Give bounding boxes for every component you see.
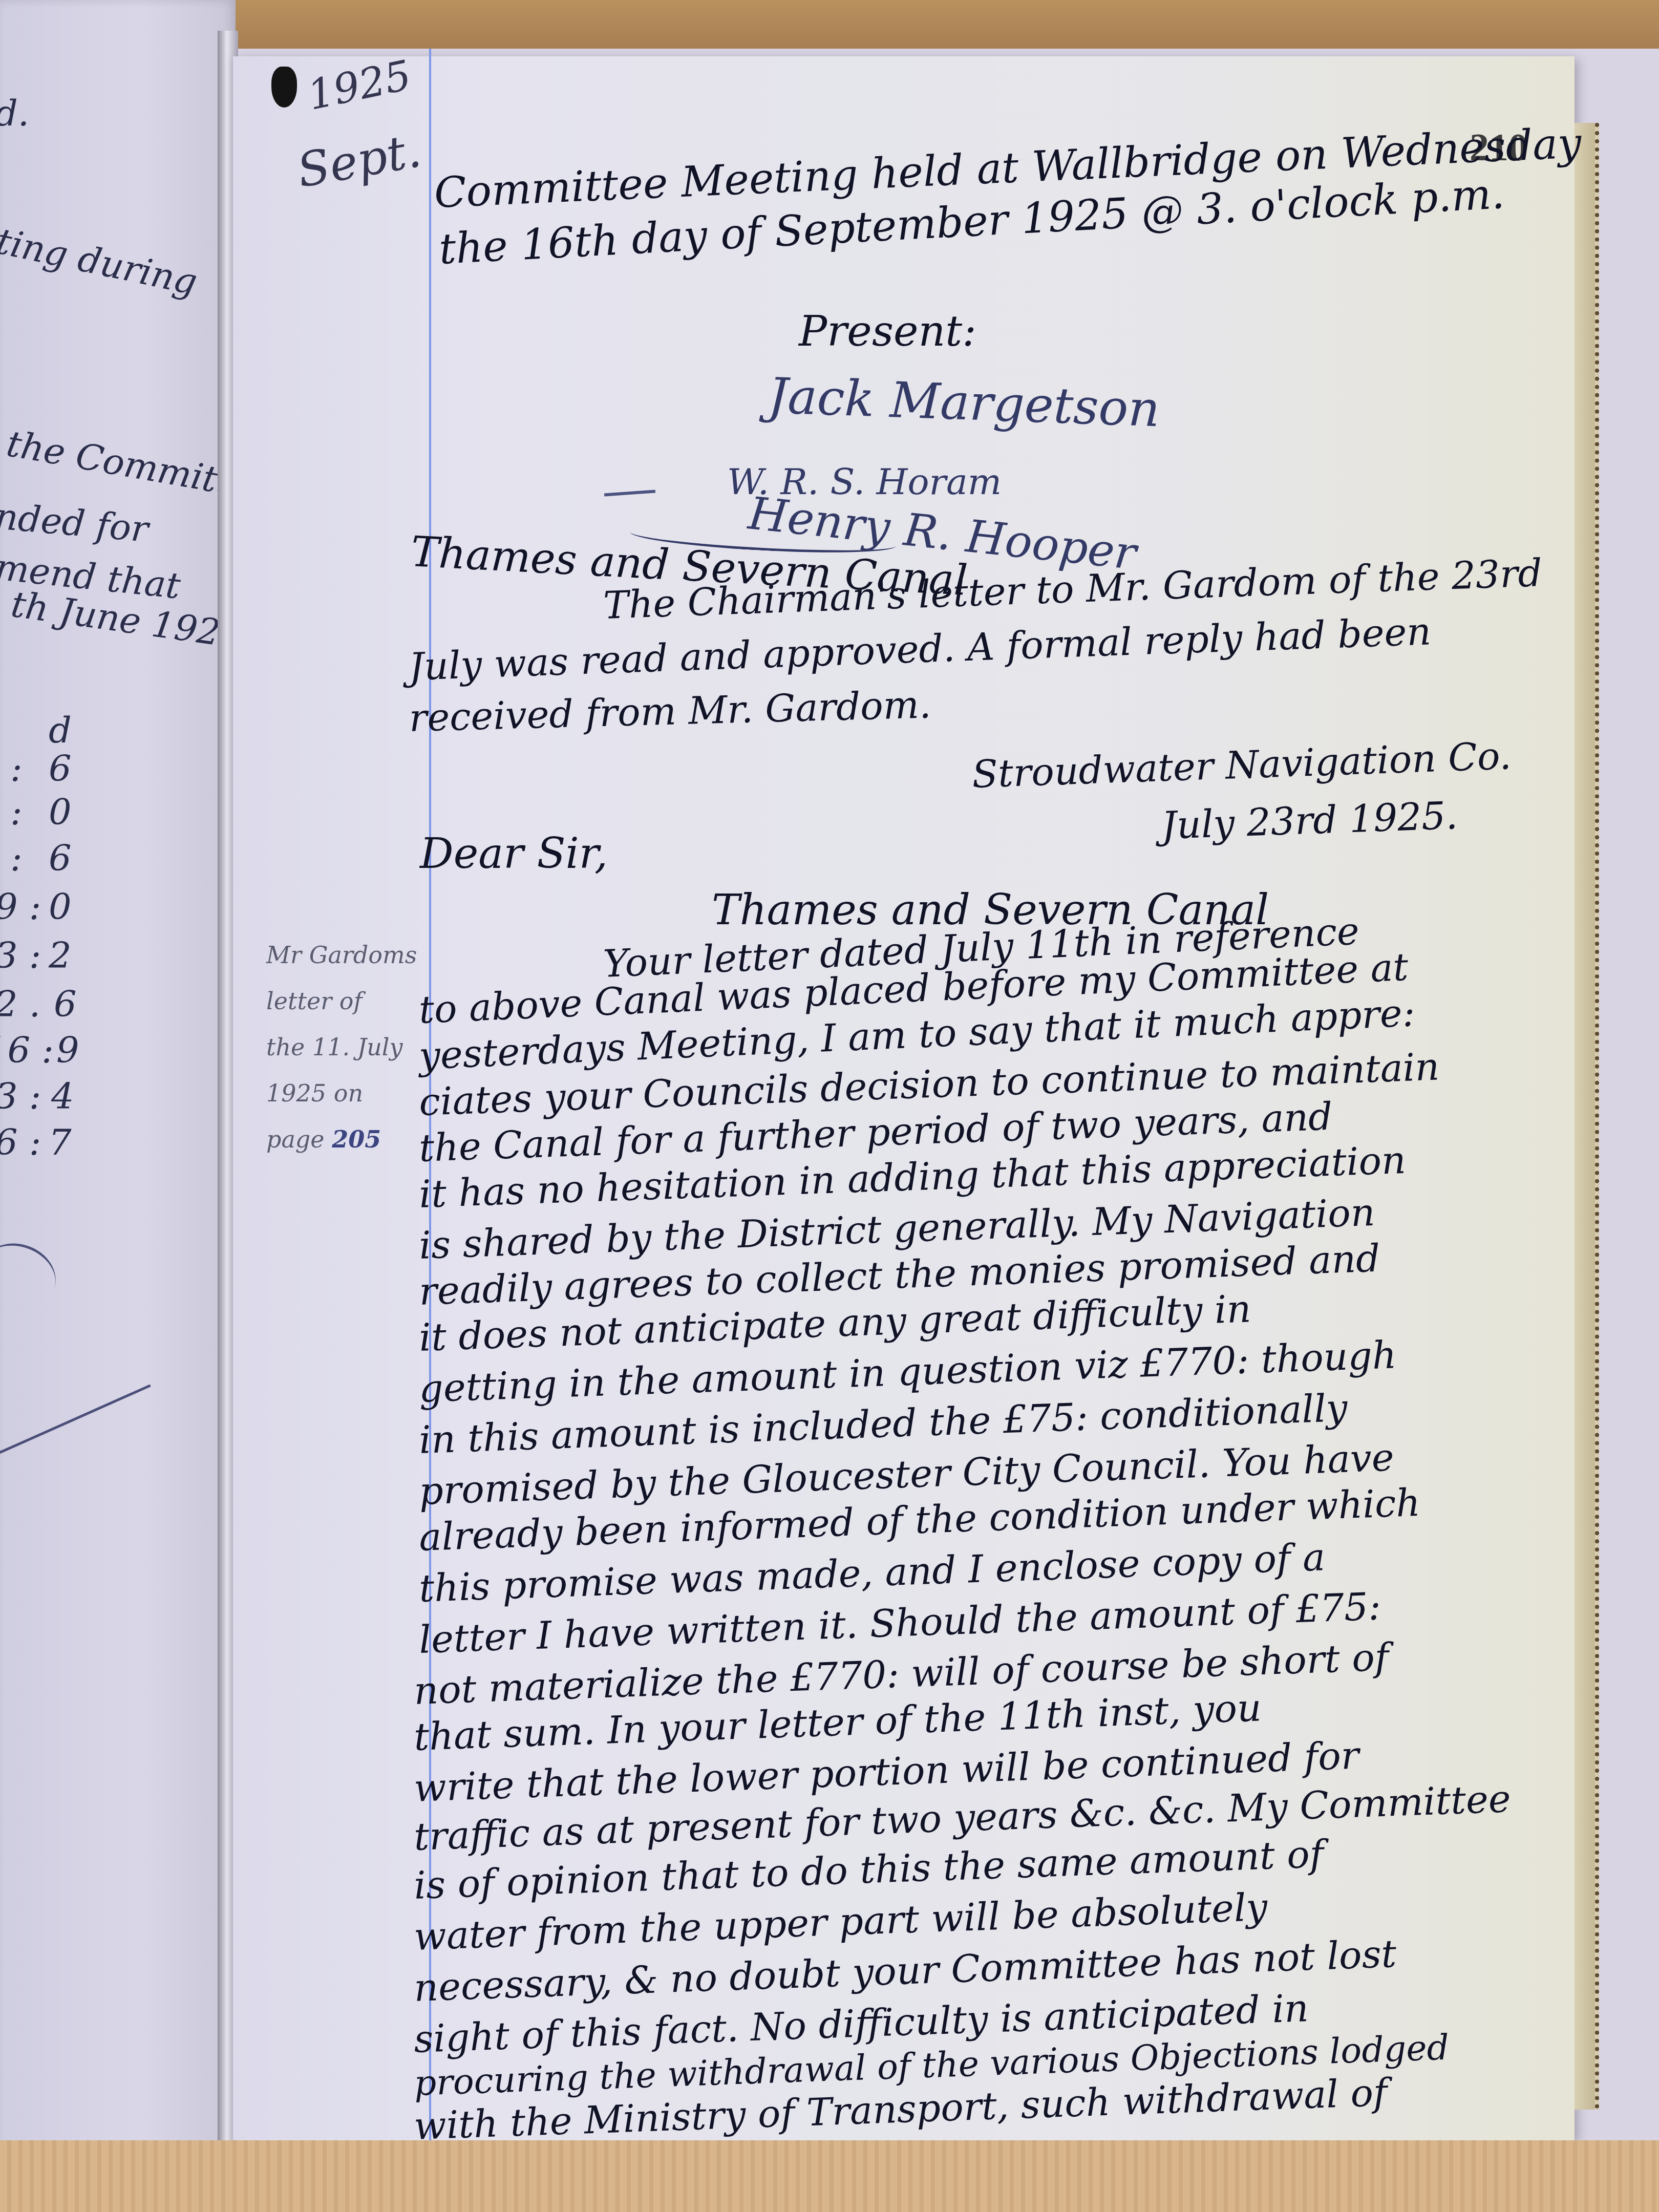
desk-surface-top [0,0,1659,49]
ink-blot [271,67,297,108]
pence-value: 2 [49,934,72,976]
left-page: d. ting during the Committee nded for me… [0,0,236,2212]
left-fragment: ting during [0,220,201,303]
pence-value: 0 [49,791,72,833]
margin-note-page-ref: page 205 [266,1116,420,1162]
page-prefix: page [266,1125,325,1153]
shilling-fragment: : [10,837,23,879]
margin-note-line: letter of [266,978,420,1024]
pence-header: d [49,709,72,751]
page-reference-number: 205 [332,1125,381,1153]
present-label: Present: [799,307,976,356]
left-fragment: d. [0,92,29,134]
shilling-fragment: 16 : [0,1029,54,1071]
pence-value: 7 [49,1121,72,1163]
pence-value: 6 [49,837,72,879]
pence-value: 4 [51,1075,74,1117]
shilling-fragment: : [10,791,23,833]
margin-note: Mr Gardoms letter of the 11. July 1925 o… [266,932,420,1162]
pence-value: 6 [49,748,72,790]
letter-salutation: Dear Sir, [420,829,608,878]
shilling-fragment: 2 . [0,983,40,1025]
desk-surface-bottom [0,2140,1659,2212]
shilling-fragment: 6 : [0,1121,41,1163]
margin-note-line: Mr Gardoms [266,932,420,978]
margin-note-line: 1925 on [266,1070,420,1116]
margin-note-line: the 11. July [266,1024,420,1070]
left-fragment: nded for [0,495,150,550]
shilling-fragment: 3 : [0,1075,41,1117]
left-page-curve-stroke [0,1233,65,1320]
pence-value: 0 [49,886,72,928]
shilling-fragment: 9 : [0,886,41,928]
pence-value: 9 [56,1029,79,1071]
shilling-fragment: : [10,748,23,790]
pence-value: 6 [54,983,77,1025]
shilling-fragment: 3 : [0,934,41,976]
left-fragment: the Committee [4,422,236,511]
left-page-diagonal-stroke [0,1385,153,1460]
page-edges [1575,123,1599,2110]
